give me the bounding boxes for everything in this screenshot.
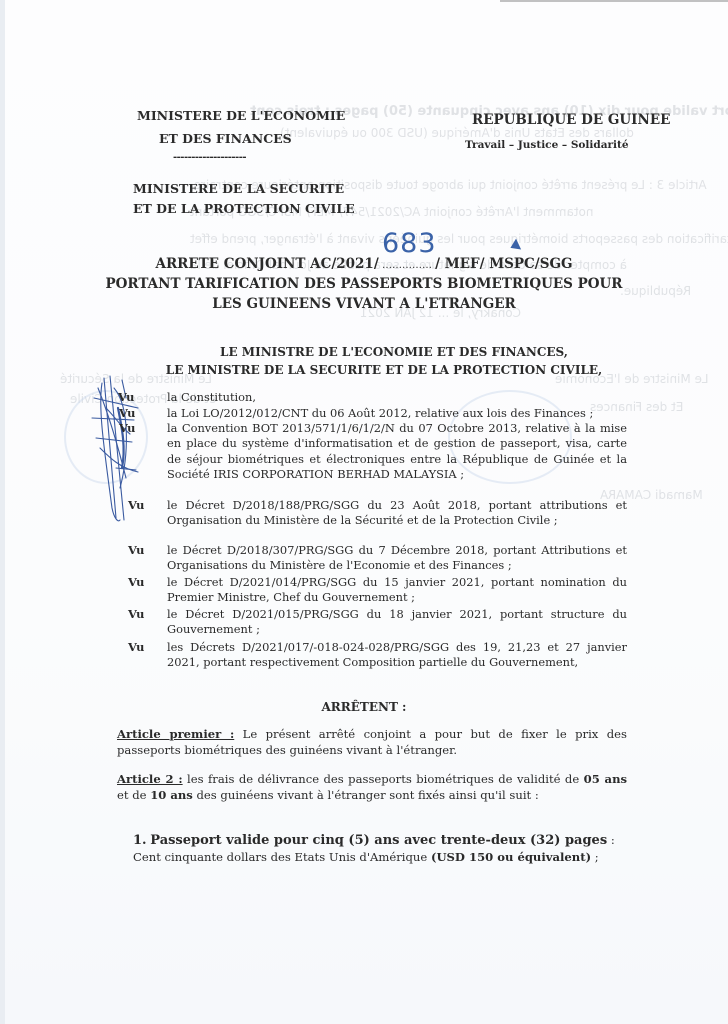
price-item: 1. Passeport valide pour cinq (5) ans av… [133,832,627,866]
ministry-economy-line2: ET DES FINANCES [159,131,292,146]
article-2-text: des guinéens vivant à l'étranger sont fi… [193,788,539,802]
article-2: Article 2 : les frais de délivrance des … [117,771,627,803]
article-premier: Article premier : Le présent arrêté conj… [117,726,627,758]
vu-item: le Décret D/2021/015/PRG/SGG du 18 janvi… [167,607,627,638]
vu-label: Vu [119,421,135,435]
vu-label: Vu [128,543,144,557]
vu-label: Vu [119,406,135,420]
vu-item: le Décret D/2018/188/PRG/SGG du 23 Août … [167,498,627,529]
vu-item: les Décrets D/2021/017/-018-024-028/PRG/… [167,640,627,671]
country-name: REPUBLIQUE DE GUINEE [472,112,670,128]
article-premier-label: Article premier : [117,727,234,741]
ministry-economy-line1: MINISTERE DE L'ECONOMIE [137,108,345,123]
vu-label: Vu [118,390,134,404]
decree-title-prefix: ARRETE CONJOINT AC/2021/ [155,256,378,272]
handwritten-decree-number: 683 [382,228,437,259]
vu-item: la Convention BOT 2013/571/1/6/1/2/N du … [167,421,627,482]
decree-title-line1: ARRETE CONJOINT AC/2021/ …………… / MEF/ MS… [0,256,728,272]
validity-5-years: 05 ans [584,772,627,786]
country-motto: Travail – Justice – Solidarité [465,139,629,151]
decree-number-blank: …………… [379,260,435,271]
price-item-number: 1. [133,833,147,848]
vu-label: Vu [128,640,144,654]
decree-title-line3: LES GUINEENS VIVANT A L'ETRANGER [0,296,728,312]
decree-title-suffix: / MEF/ MSPC/SGG [435,256,572,272]
price-item-amount: (USD 150 ou équivalent) [431,850,591,864]
price-item-title: Passeport valide pour cinq (5) ans avec … [150,833,607,848]
bleed-through-text: tarification des passeports biométriques… [190,232,728,246]
vu-label: Vu [128,575,144,589]
vu-item: la Constitution, [167,390,627,405]
ministry-security-line1: MINISTERE DE LA SECURITE [133,181,344,196]
validity-10-years: 10 ans [150,788,193,802]
price-item-end: ; [591,850,599,864]
vu-item: le Décret D/2021/014/PRG/SGG du 15 janvi… [167,575,627,606]
ministry-security-line2: ET DE LA PROTECTION CIVILE [133,201,355,216]
vu-item: la Loi LO/2012/012/CNT du 06 Août 2012, … [167,406,627,421]
vu-item: le Décret D/2018/307/PRG/SGG du 7 Décemb… [167,543,627,574]
arretent-heading: ARRÊTENT : [0,700,728,714]
header-separator: -------------------- [173,152,246,163]
document-page: 2. Passeport valide pour dix (10) ans av… [0,0,728,1024]
article-2-label: Article 2 : [117,772,183,786]
article-2-text: et de [117,788,150,802]
ministers-line1: LE MINISTRE DE L'ECONOMIE ET DES FINANCE… [0,345,728,359]
scan-edge [0,0,5,1024]
vu-label: Vu [128,498,144,512]
article-2-text: les frais de délivrance des passeports b… [183,772,584,786]
decree-title-line2: PORTANT TARIFICATION DES PASSEPORTS BIOM… [0,276,728,292]
bleed-through-text: dollars des Etats Unis d'Amérique (USD 3… [280,126,634,140]
vu-label: Vu [128,607,144,621]
scan-edge-top [500,0,728,2]
